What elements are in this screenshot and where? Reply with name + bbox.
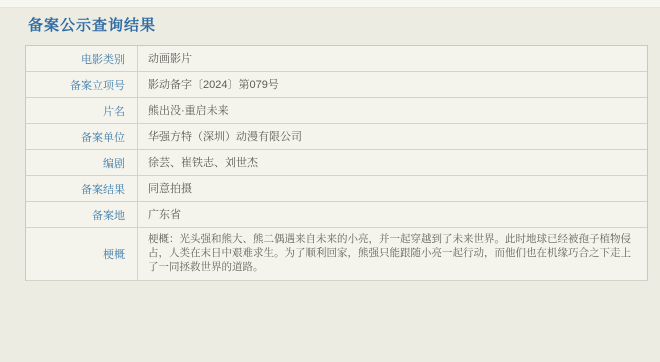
row-value: 熊出没·重启未来 [138, 98, 647, 123]
table-row-filing-result: 备案结果 同意拍摄 [26, 176, 647, 202]
table-row-filing-unit: 备案单位 华强方特（深圳）动漫有限公司 [26, 124, 647, 150]
row-label: 电影类别 [26, 46, 138, 71]
table-row-filing-number: 备案立项号 影动备字〔2024〕第079号 [26, 72, 647, 98]
row-value: 华强方特（深圳）动漫有限公司 [138, 124, 647, 149]
row-label: 备案结果 [26, 176, 138, 201]
row-value: 动画影片 [138, 46, 647, 71]
row-value: 影动备字〔2024〕第079号 [138, 72, 647, 97]
row-value: 梗概：光头强和熊大、熊二偶遇来自未来的小亮，并一起穿越到了未来世界。此时地球已经… [138, 228, 647, 280]
row-label: 编剧 [26, 150, 138, 175]
row-label: 梗概 [26, 228, 138, 280]
table-row-film-category: 电影类别 动画影片 [26, 46, 647, 72]
row-value: 广东省 [138, 202, 647, 227]
row-label: 备案立项号 [26, 72, 138, 97]
row-label: 片名 [26, 98, 138, 123]
table-row-synopsis: 梗概 梗概：光头强和熊大、熊二偶遇来自未来的小亮，并一起穿越到了未来世界。此时地… [26, 228, 647, 281]
table-row-film-title: 片名 熊出没·重启未来 [26, 98, 647, 124]
row-label: 备案单位 [26, 124, 138, 149]
table-row-filing-region: 备案地 广东省 [26, 202, 647, 228]
page-title: 备案公示查询结果 [28, 14, 156, 35]
row-value: 徐芸、崔铁志、刘世杰 [138, 150, 647, 175]
filing-result-table: 电影类别 动画影片 备案立项号 影动备字〔2024〕第079号 片名 熊出没·重… [25, 45, 648, 281]
table-row-screenwriters: 编剧 徐芸、崔铁志、刘世杰 [26, 150, 647, 176]
row-label: 备案地 [26, 202, 138, 227]
row-value: 同意拍摄 [138, 176, 647, 201]
page-top-strip [0, 0, 660, 8]
